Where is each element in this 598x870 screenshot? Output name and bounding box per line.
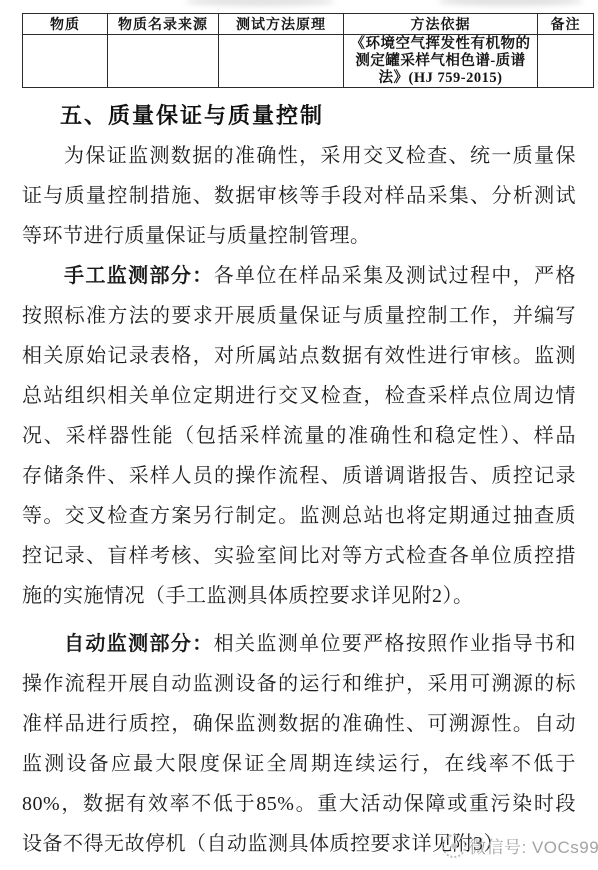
text-line: 手工监测部分：各单位在样品采集及测试过程中，严格 [22,256,576,296]
scanned-document-page: { "table": { "headers": ["物质", "物质名录来源",… [0,0,598,870]
text-line: 存储条件、采样人员的操作流程、质谱调谐报告、质控记录 [22,456,576,496]
text-line: 况、采样器性能（包括采样流量的准确性和稳定性）、样品 [22,416,576,456]
text-line: 为保证监测数据的准确性，采用交叉检查、统一质量保 [22,136,576,176]
monitoring-methods-table: 物质 物质名录来源 测试方法原理 方法依据 备注 《环境空气挥发性有机物的 测定… [22,13,594,88]
text-line: 准样品进行质控，确保监测数据的准确性、可溯源性。自动 [22,704,576,744]
text-line: 等环节进行质量保证与质量控制管理。 [22,216,576,256]
scan-smudge-top-right [438,0,583,6]
document-body: 五、质量保证与质量控制 为保证监测数据的准确性，采用交叉检查、统一质量保 证与质… [22,96,576,864]
paragraph-lead-manual: 手工监测部分： [64,265,214,287]
text-line: 等。交叉检查方案另行制定。监测总站也将定期通过抽查质 [22,496,576,536]
text-line: 操作流程开展自动监测设备的运行和维护，采用可溯源的标 [22,664,576,704]
text-line: 相关原始记录表格，对所属站点数据有效性进行审核。监测 [22,336,576,376]
table-row: 《环境空气挥发性有机物的 测定罐采样气相色谱-质谱 法》(HJ 759-2015… [23,35,594,88]
text-line: 总站组织相关单位定期进行交叉检查，检查采样点位周边情 [22,376,576,416]
text-line: 监测设备应最大限度保证全周期连续运行，在线率不低于 [22,744,576,784]
text-line: 施的实施情况（手工监测具体质控要求详见附2）。 [22,576,576,616]
paragraph-lead-auto: 自动监测部分： [64,633,214,655]
method-basis-line: 测定罐采样气相色谱-质谱 [344,53,537,70]
text-line-rest: 各单位在样品采集及测试过程中，严格 [214,265,576,287]
col-header-method-basis: 方法依据 [344,14,538,35]
cell-method-basis: 《环境空气挥发性有机物的 测定罐采样气相色谱-质谱 法》(HJ 759-2015… [344,35,538,88]
paragraph-quality-overview: 为保证监测数据的准确性，采用交叉检查、统一质量保 证与质量控制措施、数据审核等手… [22,136,576,256]
cell-list-source [108,35,219,88]
text-line: 控记录、盲样考核、实验室间比对等方式检查各单位质控措 [22,536,576,576]
cell-remark [538,35,594,88]
text-line: 设备不得无故停机（自动监测具体质控要求详见附3） [22,824,576,864]
col-header-test-principle: 测试方法原理 [219,14,344,35]
text-line: 按照标准方法的要求开展质量保证与质量控制工作，并编写 [22,296,576,336]
paragraph-manual-monitoring: 手工监测部分：各单位在样品采集及测试过程中，严格 按照标准方法的要求开展质量保证… [22,256,576,616]
cell-test-principle [219,35,344,88]
text-line: 80%，数据有效率不低于85%。重大活动保障或重污染时段 [22,784,576,824]
paragraph-auto-monitoring: 自动监测部分：相关监测单位要严格按照作业指导书和 操作流程开展自动监测设备的运行… [22,624,576,864]
text-line: 证与质量控制措施、数据审核等手段对样品采集、分析测试 [22,176,576,216]
text-line: 自动监测部分：相关监测单位要严格按照作业指导书和 [22,624,576,664]
cell-substance [23,35,108,88]
method-basis-line: 《环境空气挥发性有机物的 [344,36,537,53]
col-header-substance: 物质 [23,14,108,35]
col-header-list-source: 物质名录来源 [108,14,219,35]
table-header-row: 物质 物质名录来源 测试方法原理 方法依据 备注 [23,14,594,35]
method-basis-line: 法》(HJ 759-2015) [344,70,537,87]
col-header-remark: 备注 [538,14,594,35]
text-line-rest: 相关监测单位要严格按照作业指导书和 [214,633,576,655]
scan-smudge-top-left [185,0,335,6]
section-heading: 五、质量保证与质量控制 [22,96,576,136]
